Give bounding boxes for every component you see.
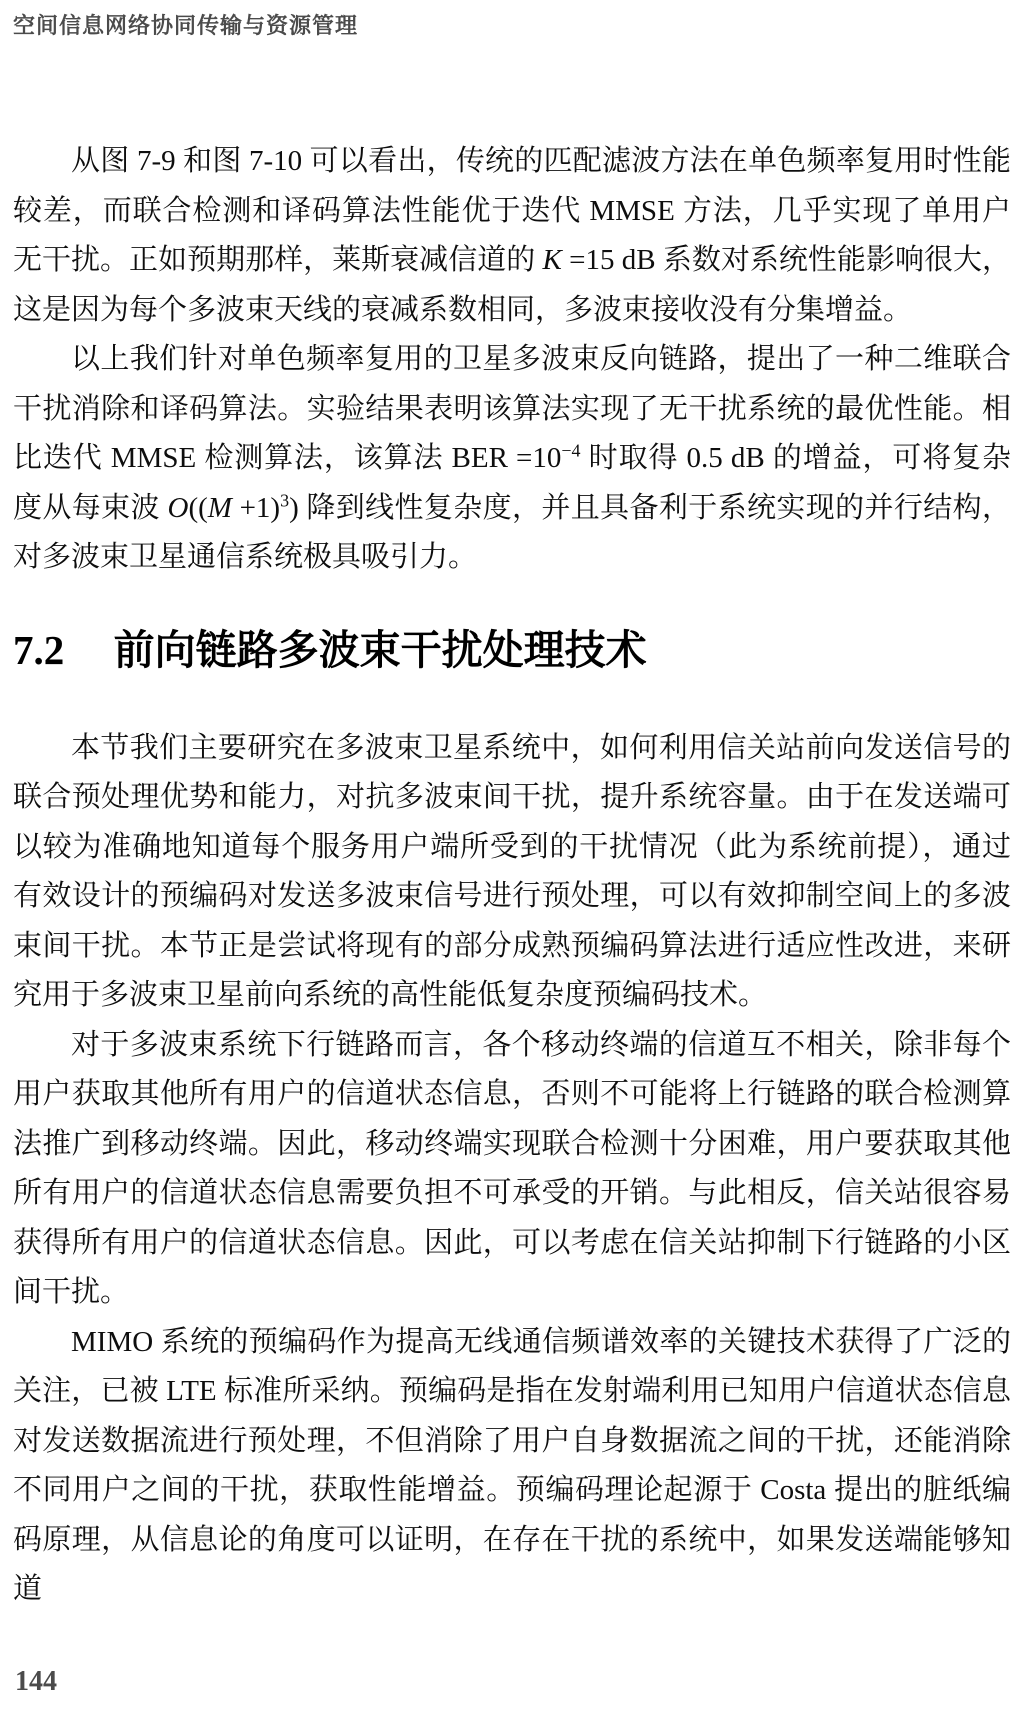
document-page: 空间信息网络协同传输与资源管理 从图 7-9 和图 7-10 可以看出，传统的匹… [0,0,1029,1709]
page-number: 144 [15,1667,57,1697]
section-heading: 7.2 前向链路多波束干扰处理技术 [13,625,1011,675]
page-body: 从图 7-9 和图 7-10 可以看出，传统的匹配滤波方法在单色频率复用时性能较… [13,137,1011,1615]
paragraph-section-intro: 本节我们主要研究在多波束卫星系统中，如何利用信关站前向发送信号的联合预处理优势和… [13,724,1011,1021]
running-header-text: 空间信息网络协同传输与资源管理 [13,13,358,38]
section-number: 7.2 [13,627,64,673]
paragraph-downlink-challenges: 对于多波束系统下行链路而言，各个移动终端的信道互不相关，除非每个用户获取其他所有… [13,1021,1011,1318]
paragraph-mimo-precoding: MIMO 系统的预编码作为提高无线通信频谱效率的关键技术获得了广泛的关注，已被 … [13,1318,1011,1615]
paragraph-joint-cancellation-summary: 以上我们针对单色频率复用的卫星多波束反向链路，提出了一种二维联合干扰消除和译码算… [13,335,1011,583]
paragraph-matched-filter-results: 从图 7-9 和图 7-10 可以看出，传统的匹配滤波方法在单色频率复用时性能较… [13,137,1011,335]
section-title: 前向链路多波束干扰处理技术 [114,627,647,673]
running-header: 空间信息网络协同传输与资源管理 [13,13,358,39]
